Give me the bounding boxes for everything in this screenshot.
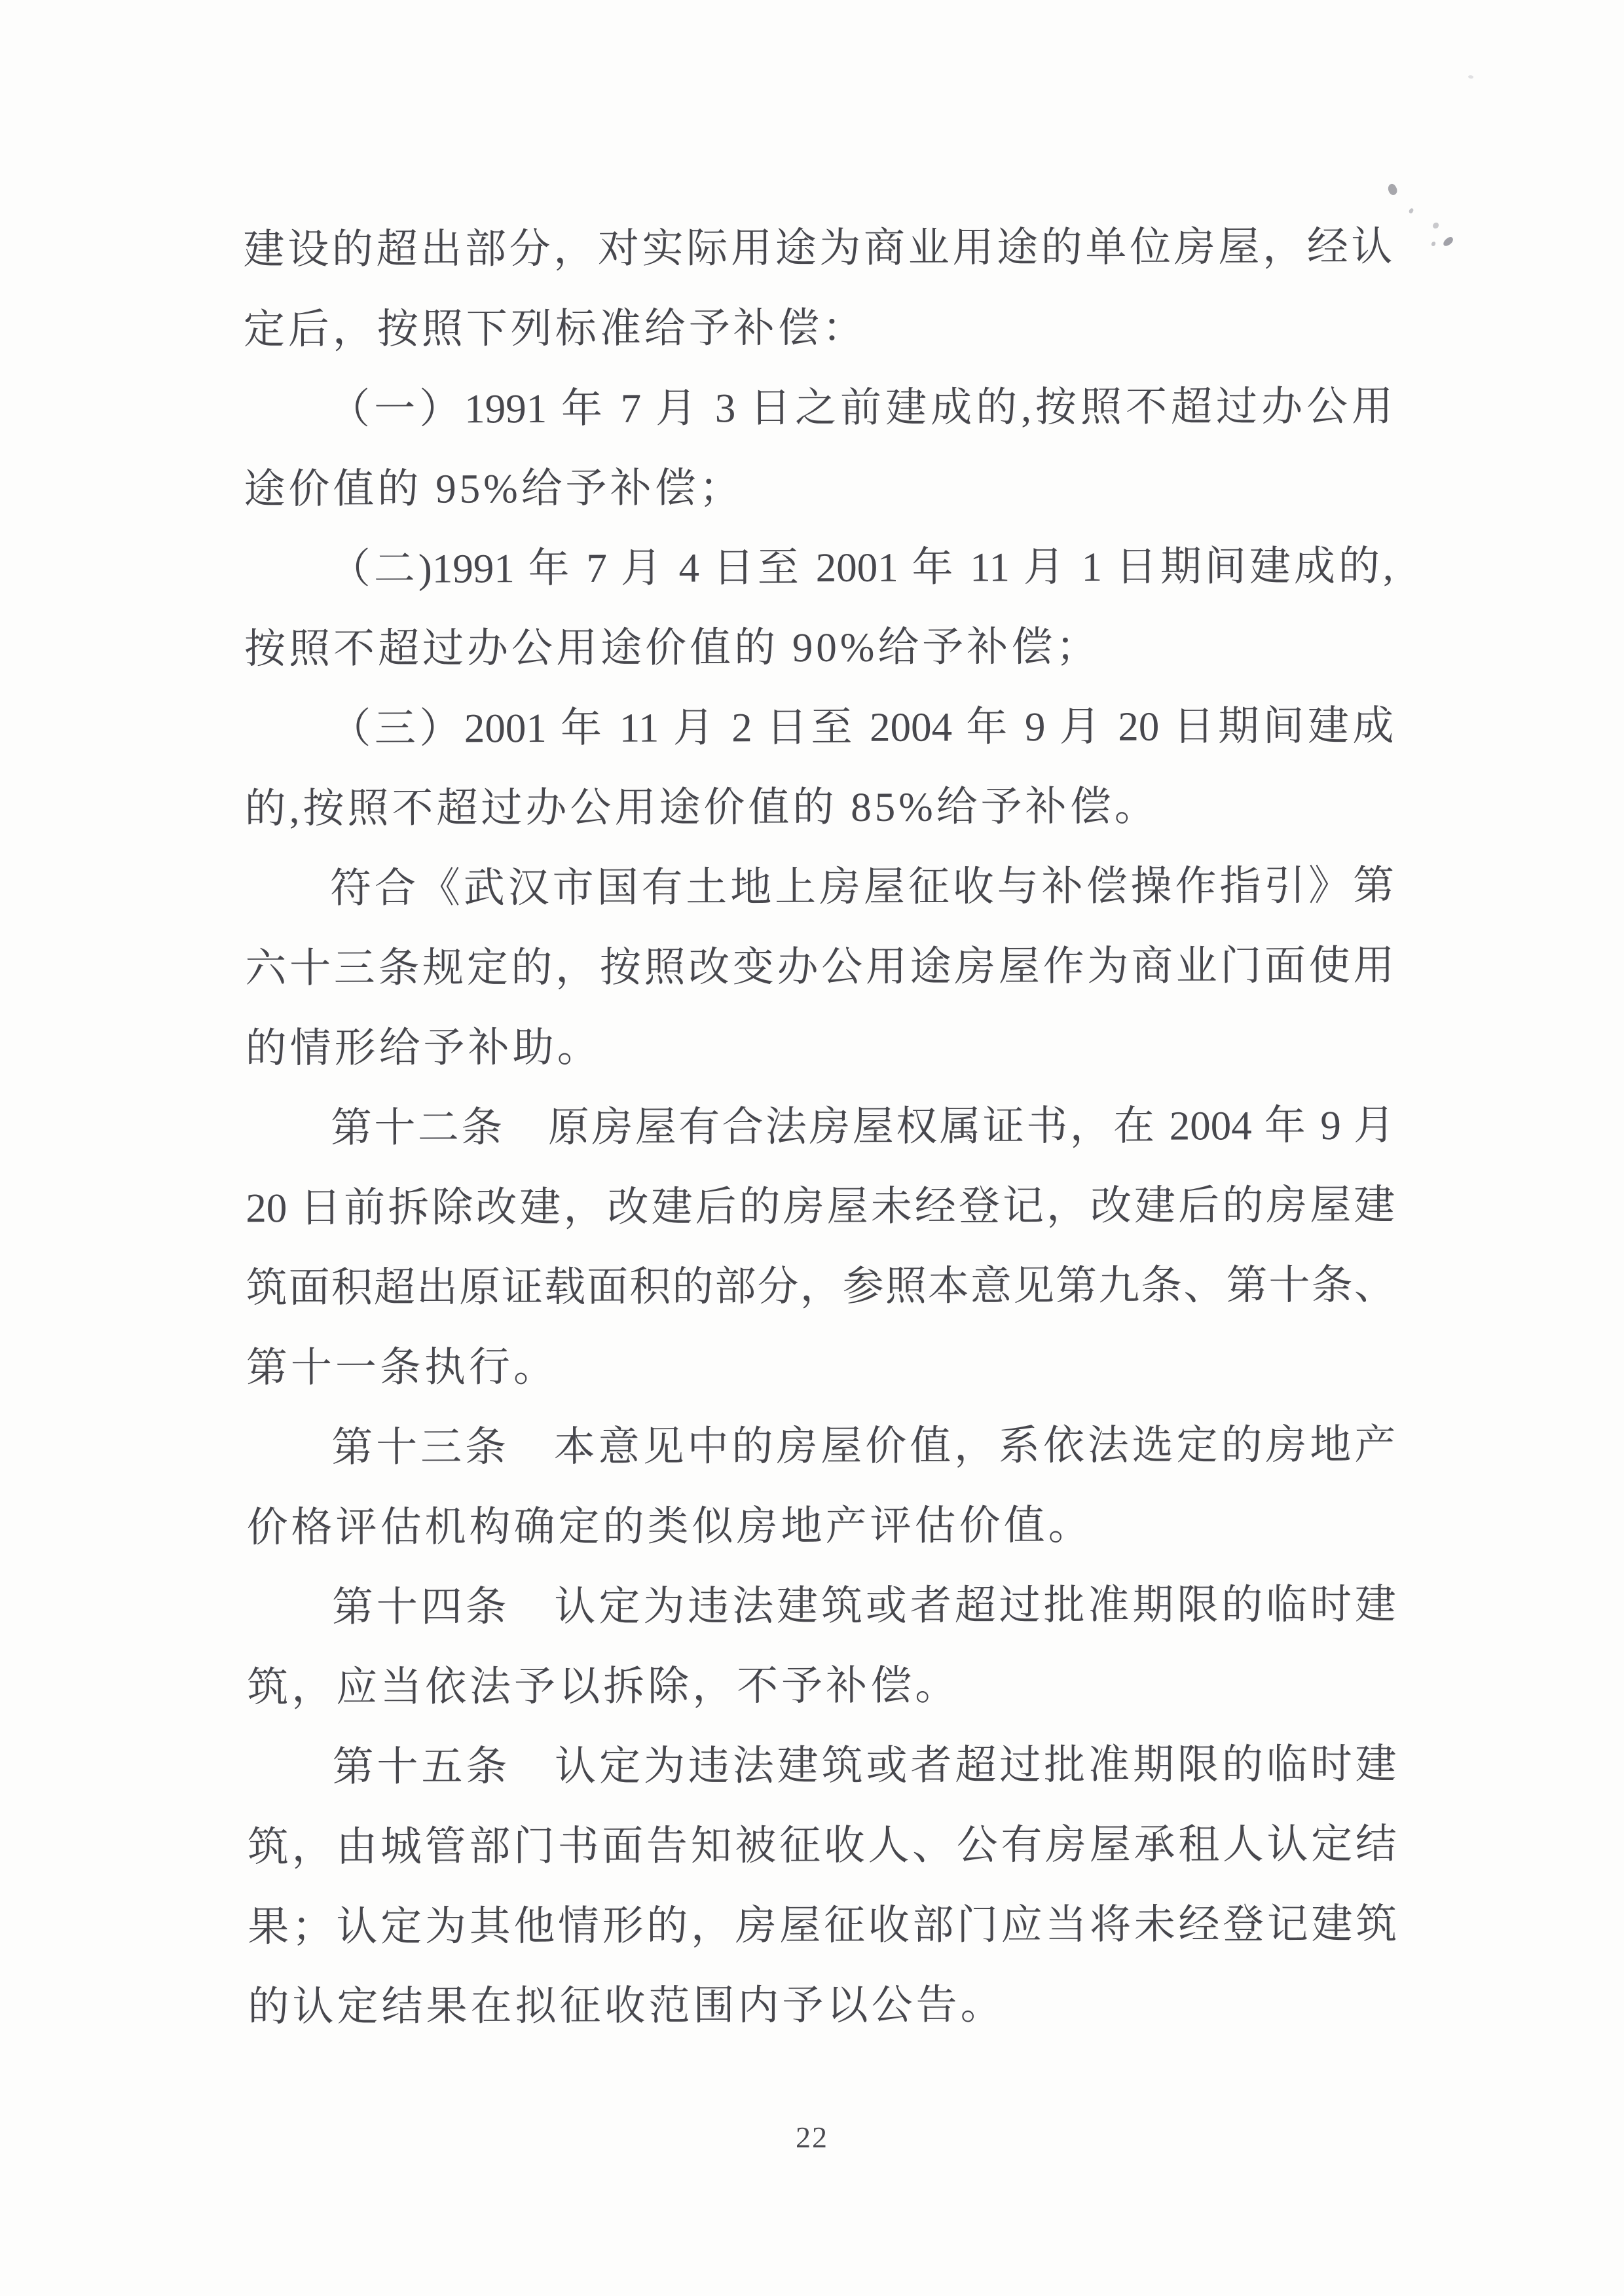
text-line: 的情形给予补助。 — [246, 1006, 1395, 1089]
text-line: 六十三条规定的，按照改变办公用途房屋作为商业门面使用 — [245, 926, 1394, 1009]
text-line: 按照不超过办公用途价值的 90%给予补偿； — [244, 606, 1393, 689]
text-line: 筑面积超出原证载面积的部分，参照本意见第九条、第十条、 — [246, 1245, 1395, 1328]
text-line: 20 日前拆除改建，改建后的房屋未经登记，改建后的房屋建 — [246, 1165, 1395, 1248]
scan-speck — [1467, 75, 1473, 79]
page-number: 22 — [0, 2120, 1624, 2155]
scan-speck — [1433, 223, 1439, 228]
text-line: 第十一条执行。 — [246, 1325, 1395, 1408]
document-page: 建设的超出部分，对实际用途为商业用途的单位房屋，经认定后，按照下列标准给予补偿：… — [0, 0, 1624, 2296]
text-line: 途价值的 95%给予补偿； — [244, 446, 1393, 530]
text-line: 第十二条 原房屋有合法房屋权属证书，在 2004 年 9 月 — [246, 1085, 1395, 1169]
scan-speck — [1431, 242, 1435, 247]
text-line: 的认定结果在拟征收范围内予以公告。 — [248, 1964, 1397, 2047]
text-line: （一）1991 年 7 月 3 日之前建成的,按照不超过办公用 — [244, 367, 1393, 450]
text-block: 建设的超出部分，对实际用途为商业用途的单位房屋，经认定后，按照下列标准给予补偿：… — [243, 207, 1397, 2047]
text-line: （三）2001 年 11 月 2 日至 2004 年 9 月 20 日期间建成 — [244, 686, 1393, 769]
text-line: 筑，由城管部门书面告知被征收人、公有房屋承租人认定结 — [248, 1804, 1397, 1887]
text-line: 的,按照不超过办公用途价值的 85%给予补偿。 — [245, 766, 1394, 849]
scan-speck — [1409, 208, 1414, 214]
text-line: 果；认定为其他情形的，房屋征收部门应当将未经登记建筑 — [248, 1884, 1397, 1967]
text-line: 建设的超出部分，对实际用途为商业用途的单位房屋，经认 — [243, 207, 1392, 290]
text-line: 筑，应当依法予以拆除，不予补偿。 — [247, 1645, 1396, 1728]
text-line: 价格评估机构确定的类似房地产评估价值。 — [246, 1485, 1395, 1568]
text-line: （二)1991 年 7 月 4 日至 2001 年 11 月 1 日期间建成的, — [244, 526, 1393, 610]
text-line: 定后，按照下列标准给予补偿： — [244, 287, 1393, 370]
text-line: 符合《武汉市国有土地上房屋征收与补偿操作指引》第 — [245, 846, 1394, 929]
scan-speck — [1386, 183, 1399, 196]
text-line: 第十四条 认定为违法建筑或者超过批准期限的临时建 — [247, 1565, 1396, 1648]
text-line: 第十三条 本意见中的房屋价值，系依法选定的房地产 — [246, 1405, 1395, 1488]
text-line: 第十五条 认定为违法建筑或者超过批准期限的临时建 — [247, 1724, 1396, 1808]
scan-speck — [1442, 236, 1455, 247]
